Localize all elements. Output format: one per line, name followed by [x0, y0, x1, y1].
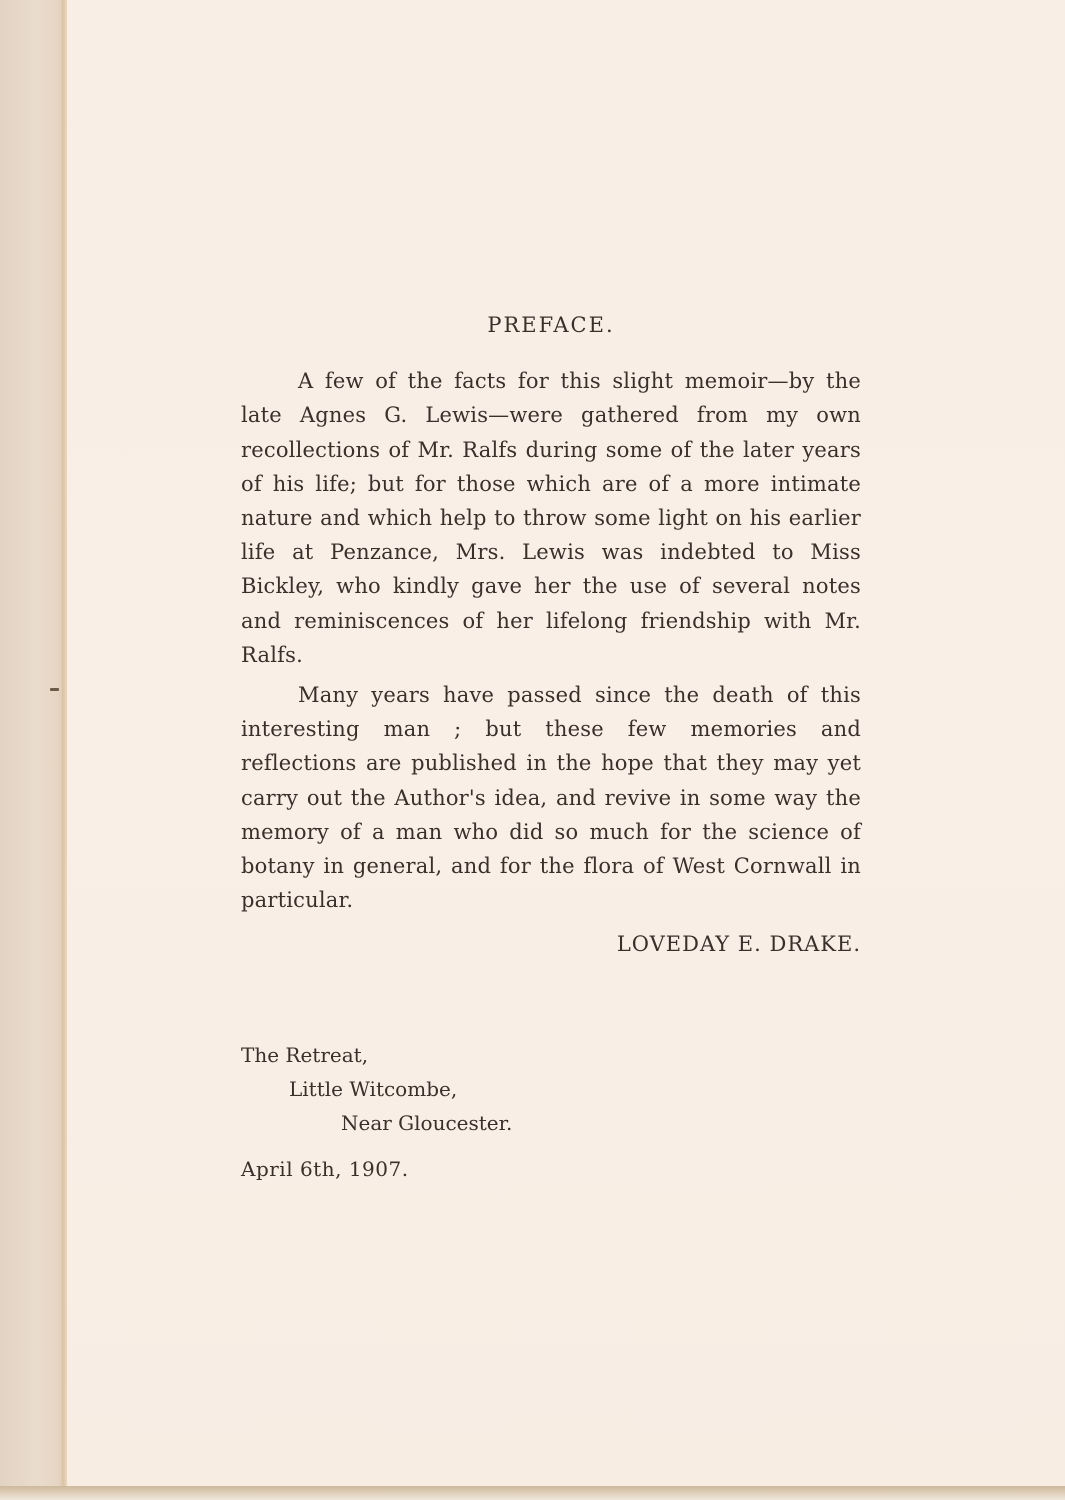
paragraph-2: Many years have passed since the death o…	[241, 678, 861, 917]
preface-text-block: PREFACE. A few of the facts for this sli…	[241, 308, 861, 962]
binding-tear-mark	[50, 688, 59, 691]
book-binding-gutter	[0, 0, 66, 1500]
page-bottom-edge	[0, 1486, 1065, 1500]
paragraph-1: A few of the facts for this slight memoi…	[241, 364, 861, 672]
preface-date: April 6th, 1907.	[241, 1152, 512, 1186]
address-block: The Retreat, Little Witcombe, Near Glouc…	[241, 1038, 512, 1186]
address-line-1: The Retreat,	[241, 1038, 512, 1072]
address-line-2: Little Witcombe,	[241, 1072, 512, 1106]
page-title: PREFACE.	[241, 308, 861, 342]
address-line-3: Near Gloucester.	[241, 1106, 512, 1140]
author-signature: LOVEDAY E. DRAKE.	[241, 927, 861, 961]
